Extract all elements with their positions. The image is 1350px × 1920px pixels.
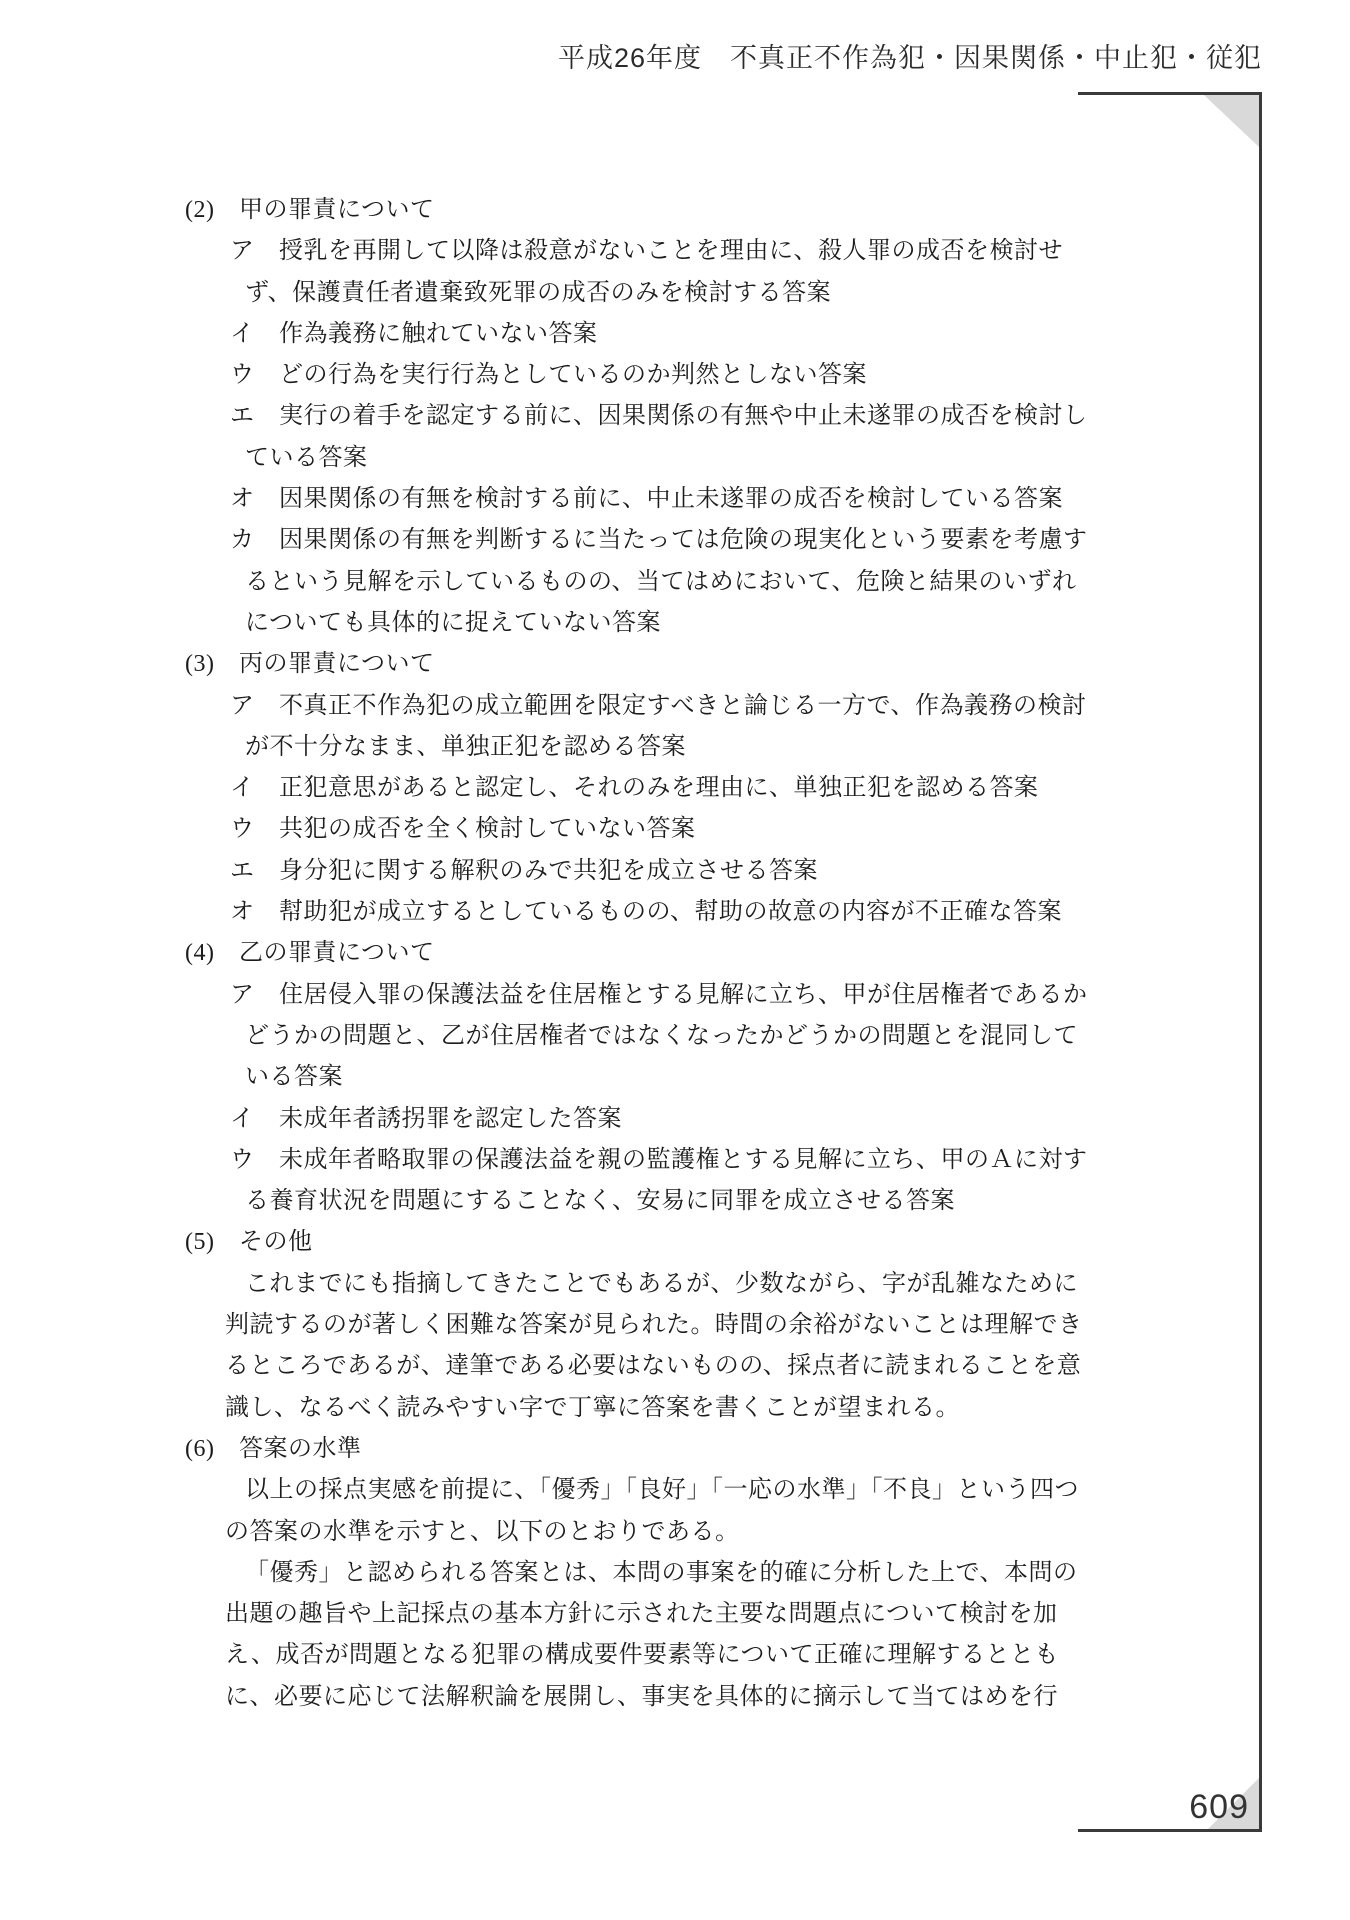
body-line: ウ 未成年者略取罪の保護法益を親の監護権とする見解に立ち、甲のＡに対す [185, 1140, 1185, 1181]
body-line: イ 正犯意思があると認定し、それのみを理由に、単独正犯を認める答案 [185, 768, 1185, 809]
body-line: オ 幇助犯が成立するとしているものの、幇助の故意の内容が不正確な答案 [185, 892, 1185, 933]
body-line: 判読するのが著しく困難な答案が見られた。時間の余裕がないことは理解でき [185, 1305, 1185, 1346]
body-line: どうかの問題と、乙が住居権者ではなくなったかどうかの問題とを混同して [185, 1016, 1185, 1057]
body-line: ず、保護責任者遺棄致死罪の成否のみを検討する答案 [185, 273, 1185, 314]
body-line: の答案の水準を示すと、以下のとおりである。 [185, 1512, 1185, 1553]
body-line: (6) 答案の水準 [185, 1429, 1185, 1470]
bottom-border-rule [1078, 1829, 1262, 1832]
body-line: (4) 乙の罪責について [185, 933, 1185, 974]
body-line: 出題の趣旨や上記採点の基本方針に示された主要な問題点について検討を加 [185, 1594, 1185, 1635]
body-line: が不十分なまま、単独正犯を認める答案 [185, 727, 1185, 768]
body-line: ている答案 [185, 438, 1185, 479]
body-line: (3) 丙の罪責について [185, 644, 1185, 685]
body-line: についても具体的に捉えていない答案 [185, 603, 1185, 644]
page-number: 609 [1055, 1788, 1255, 1827]
body-line: (5) その他 [185, 1222, 1185, 1263]
page-header-title: 平成26年度 不真正不作為犯・因果関係・中止犯・従犯 [0, 36, 1262, 75]
body-line: エ 身分犯に関する解釈のみで共犯を成立させる答案 [185, 851, 1185, 892]
page-body: (2) 甲の罪責についてア 授乳を再開して以降は殺意がないことを理由に、殺人罪の… [185, 190, 1185, 1718]
body-line: イ 未成年者誘拐罪を認定した答案 [185, 1099, 1185, 1140]
folded-corner-top [1204, 95, 1259, 147]
document-page: 平成26年度 不真正不作為犯・因果関係・中止犯・従犯 (2) 甲の罪責についてア… [0, 0, 1350, 1920]
body-line: るところであるが、達筆である必要はないものの、採点者に読まれることを意 [185, 1346, 1185, 1387]
body-line: オ 因果関係の有無を検討する前に、中止未遂罪の成否を検討している答案 [185, 479, 1185, 520]
body-line: これまでにも指摘してきたことでもあるが、少数ながら、字が乱雑なために [185, 1264, 1185, 1305]
body-line: に、必要に応じて法解釈論を展開し、事実を具体的に摘示して当てはめを行 [185, 1677, 1185, 1718]
top-border-rule [1078, 92, 1262, 95]
right-border-rule [1259, 92, 1262, 1832]
body-line: イ 作為義務に触れていない答案 [185, 314, 1185, 355]
body-line: 以上の採点実感を前提に、「優秀」「良好」「一応の水準」「不良」という四つ [185, 1470, 1185, 1511]
body-line: カ 因果関係の有無を判断するに当たっては危険の現実化という要素を考慮す [185, 520, 1185, 561]
body-line: ウ 共犯の成否を全く検討していない答案 [185, 809, 1185, 850]
body-line: ア 住居侵入罪の保護法益を住居権とする見解に立ち、甲が住居権者であるか [185, 975, 1185, 1016]
body-line: (2) 甲の罪責について [185, 190, 1185, 231]
body-line: る養育状況を問題にすることなく、安易に同罪を成立させる答案 [185, 1181, 1185, 1222]
body-line: るという見解を示しているものの、当てはめにおいて、危険と結果のいずれ [185, 562, 1185, 603]
body-line: 「優秀」と認められる答案とは、本問の事案を的確に分析した上で、本問の [185, 1553, 1185, 1594]
body-line: ウ どの行為を実行行為としているのか判然としない答案 [185, 355, 1185, 396]
body-line: ア 授乳を再開して以降は殺意がないことを理由に、殺人罪の成否を検討せ [185, 231, 1185, 272]
body-line: え、成否が問題となる犯罪の構成要件要素等について正確に理解するととも [185, 1635, 1185, 1676]
body-line: ア 不真正不作為犯の成立範囲を限定すべきと論じる一方で、作為義務の検討 [185, 686, 1185, 727]
body-line: 識し、なるべく読みやすい字で丁寧に答案を書くことが望まれる。 [185, 1388, 1185, 1429]
body-line: エ 実行の着手を認定する前に、因果関係の有無や中止未遂罪の成否を検討し [185, 396, 1185, 437]
body-line: いる答案 [185, 1057, 1185, 1098]
